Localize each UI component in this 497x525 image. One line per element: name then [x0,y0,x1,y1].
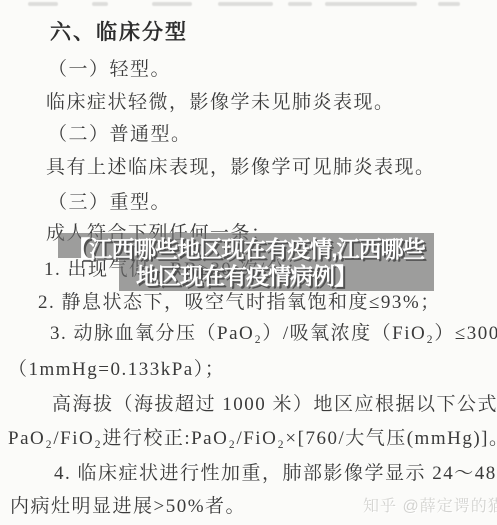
doc-line: 内病灶明显进展>50%者。 [10,491,246,518]
doc-line: 临床症状轻微，影像学未见肺炎表现。 [46,87,395,114]
cropped-text-fragment [92,2,108,6]
zhihu-watermark: 知乎 @薛定谔的猫 [363,493,497,516]
document-page: 六、临床分型 （一）轻型。 临床症状轻微，影像学未见肺炎表现。 （二）普通型。 … [0,0,497,525]
doc-line: （1mmHg=0.133kPa）； [8,354,225,381]
section-heading: 六、临床分型 [50,16,188,46]
doc-line: 具有上述临床表现，影像学可见肺炎表现。 [46,152,436,179]
doc-line-item-4: 4. 临床症状进行性加重，肺部影像学显示 24～48 小时 [54,458,497,485]
cropped-text-fragment [325,2,417,6]
cropped-text-fragment [438,2,460,6]
subtitle-overlay: 【江西哪些地区现在有疫情,江西哪些 地区现在有疫情病例】 [58,233,434,291]
doc-line-item-3: 3. 动脉血氧分压（PaO₂）/吸氧浓度（FiO₂）≤300mmHg [50,318,497,345]
doc-line-subheading-severe: （三）重型。 [48,187,171,214]
doc-line-formula: PaO₂/FiO₂进行校正:PaO₂/FiO₂×[760/大气压(mmHg)]。 [8,423,497,450]
subtitle-line-2: 地区现在有疫情病例】 [58,258,434,291]
doc-line-item-2: 2. 静息状态下，吸空气时指氧饱和度≤93%； [38,287,441,314]
cropped-text-fragment [218,2,273,6]
cropped-text-fragment [152,2,192,6]
doc-line-subheading-common: （二）普通型。 [48,119,192,146]
cropped-text-fragment [28,2,58,6]
doc-line: 高海拔（海拔超过 1000 米）地区应根据以下公式对 [52,389,497,416]
cropped-text-fragment [288,2,312,6]
doc-line-subheading-light: （一）轻型。 [48,54,171,81]
